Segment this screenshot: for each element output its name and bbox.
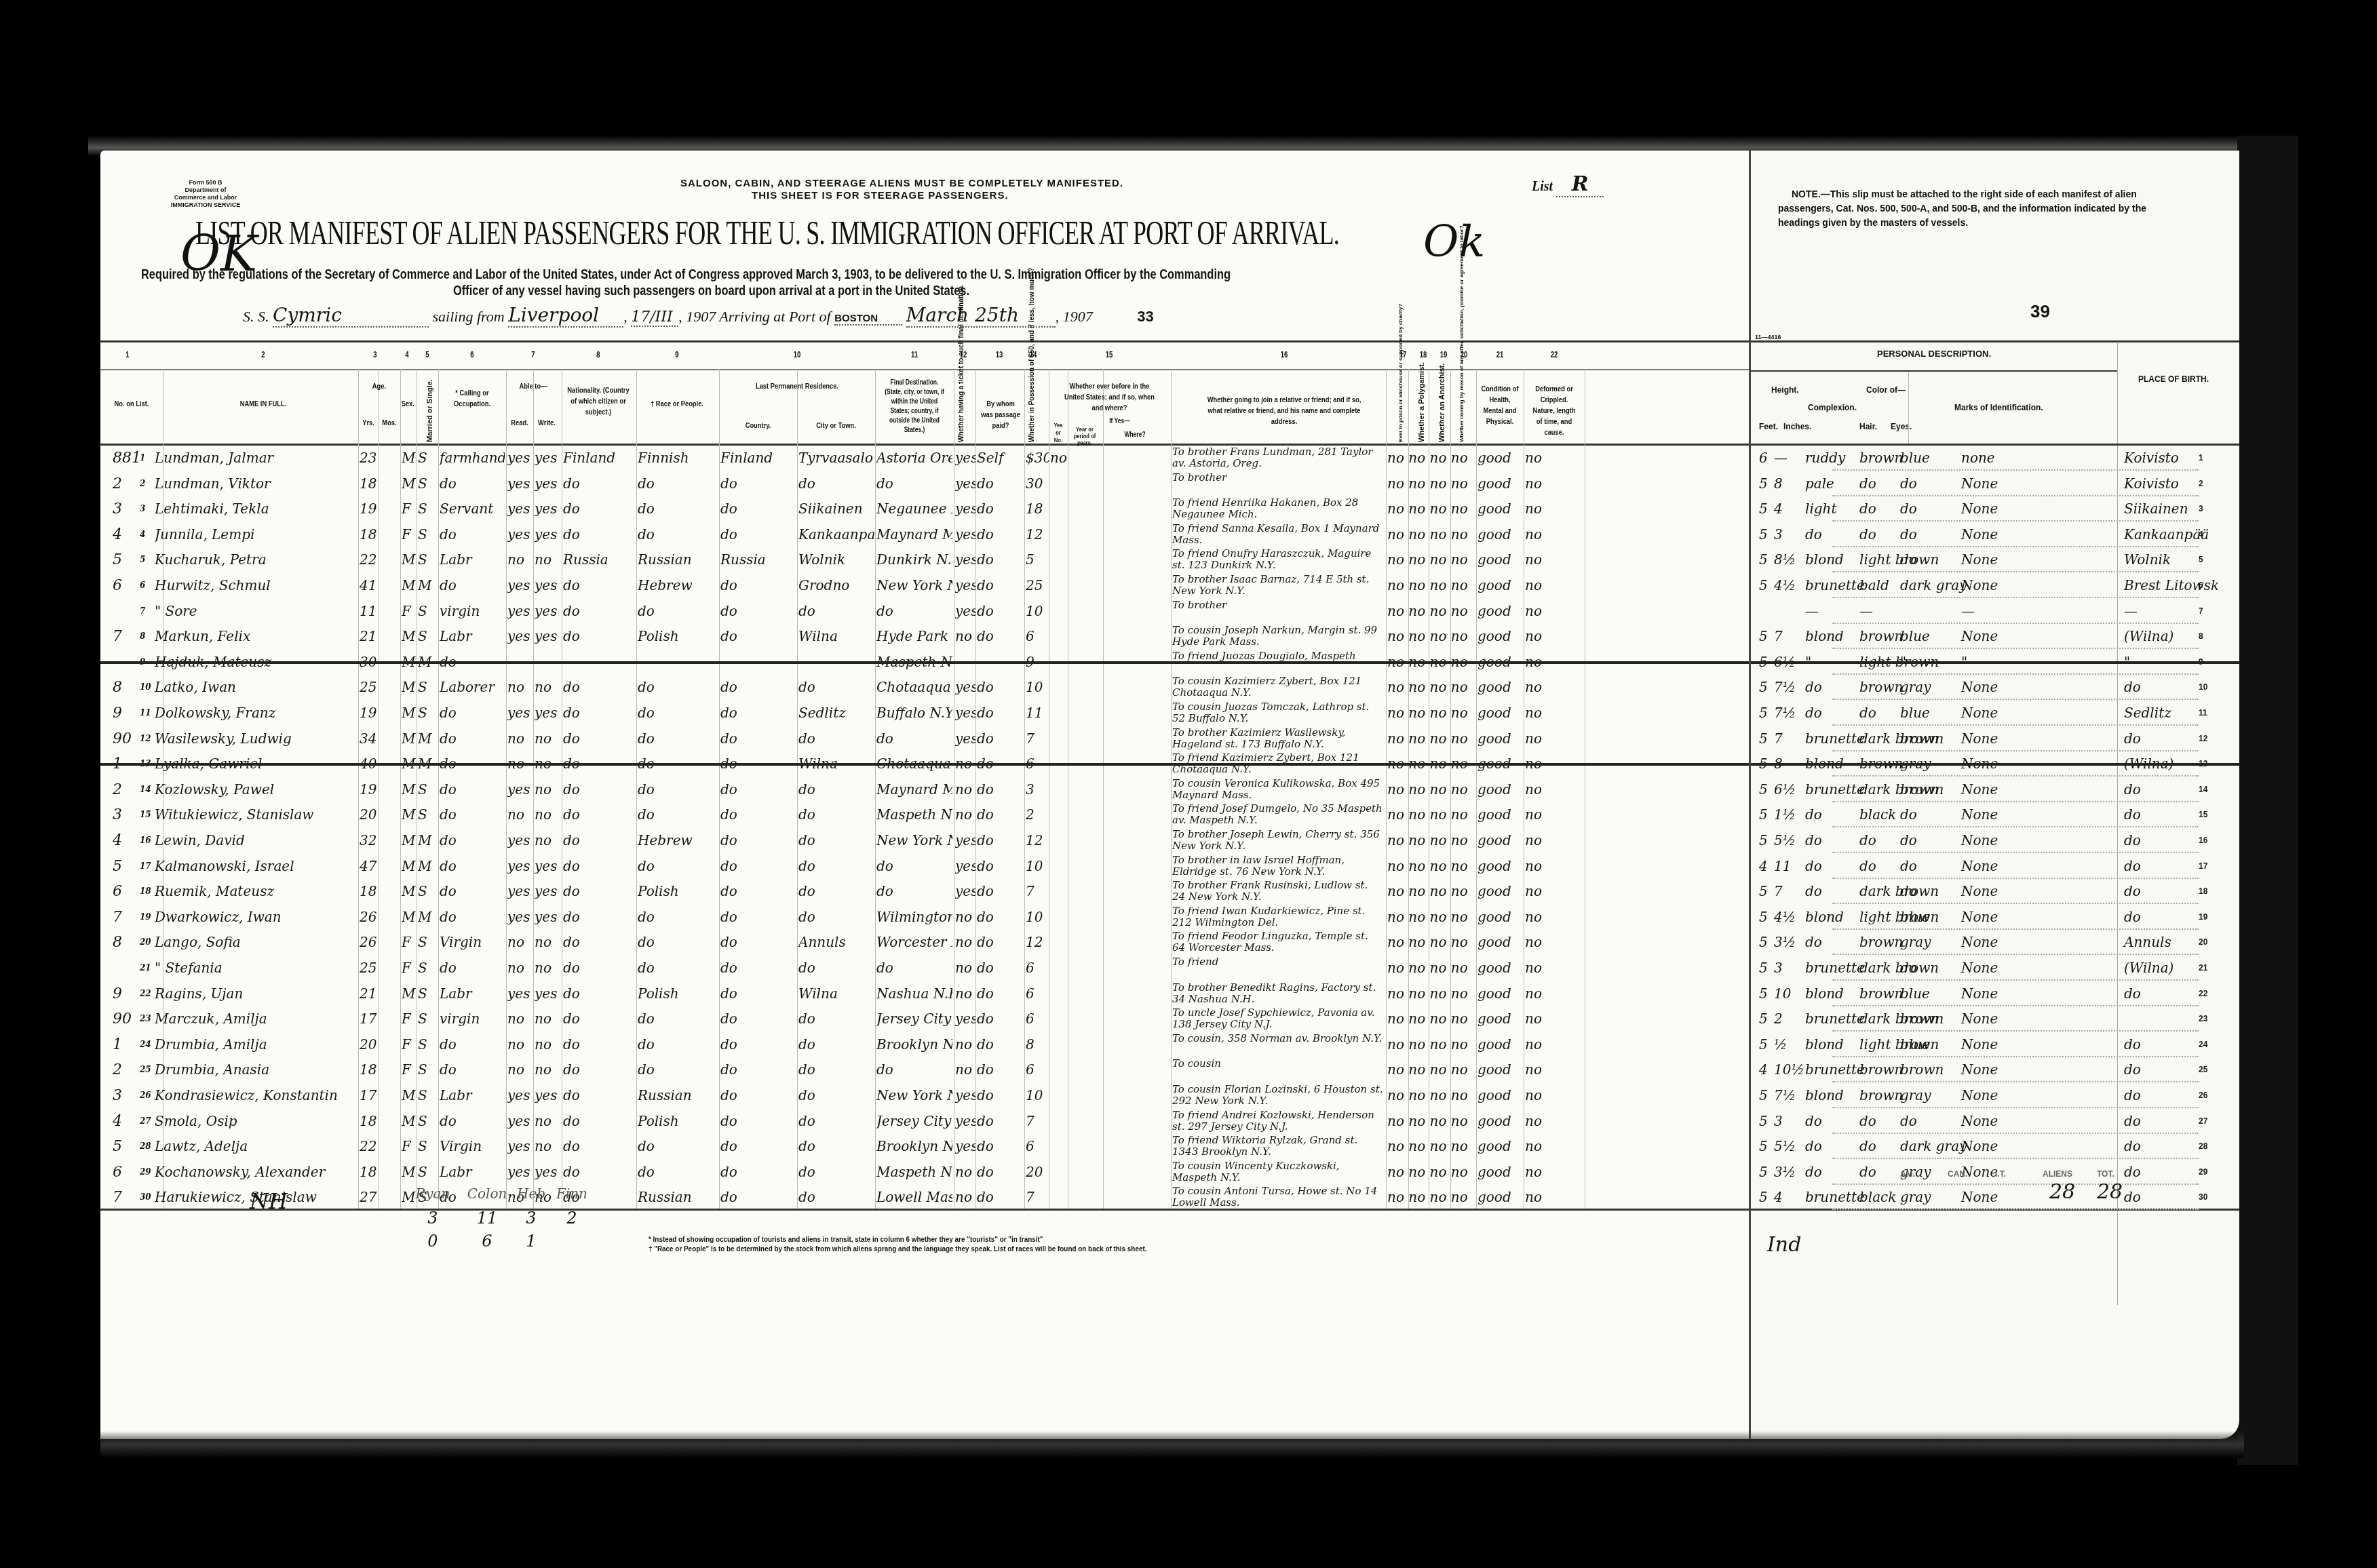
cell-marks: None <box>1961 472 2043 496</box>
cell-marks: None <box>1961 1007 2043 1031</box>
cell-money: 6 <box>1026 1135 1049 1158</box>
cell-relative: To friend Josef Dumgelo, No 35 Maspeth a… <box>1172 803 1384 826</box>
cell-ms: S <box>418 675 437 699</box>
cell-read: yes <box>507 701 533 725</box>
slip-line-number: 22 <box>2199 982 2207 1006</box>
cell-health: good <box>1477 829 1522 852</box>
dotted-rule <box>1832 826 2199 827</box>
cell-marks: None <box>1961 701 2043 725</box>
cell-race: Russian <box>638 1185 718 1209</box>
cell-dest: do <box>876 855 952 878</box>
cell-race: do <box>638 752 718 776</box>
line-number: 22 <box>140 982 151 1006</box>
cell-dest: Hyde Park Mass. <box>876 625 952 648</box>
cell-read: yes <box>507 497 533 521</box>
group-number: 9 <box>113 982 122 1006</box>
cell-country: do <box>720 727 796 751</box>
table-row: 21" Stefania25FSdononodododododonodo6To … <box>100 956 1749 980</box>
cell-birth: Koivisto <box>2124 472 2219 496</box>
cell-occ: do <box>440 905 505 929</box>
line-number: 11 <box>140 701 151 725</box>
cell-dest: Chotaaqua N.Y. <box>876 752 952 776</box>
cell-eyes: gray <box>1900 1084 1948 1108</box>
line-number: 7 <box>140 600 145 623</box>
cell-in: 7 <box>1774 880 1805 903</box>
cell-complexion: brunette <box>1805 1007 1859 1031</box>
slip-line-number: 2 <box>2199 472 2203 496</box>
cell-name: " Sore <box>155 600 345 623</box>
slip-line-number: 27 <box>2199 1110 2207 1133</box>
cell-occ: Labr <box>440 1084 505 1108</box>
cell-write: no <box>535 778 560 802</box>
cell-sex: M <box>402 778 417 802</box>
description-row: 58paledodoNoneKoivisto2 <box>1751 472 2239 496</box>
cell-ms: S <box>418 701 437 725</box>
slip-line-number: 21 <box>2199 956 2207 980</box>
cell-race: do <box>638 523 718 547</box>
dotted-rule <box>1832 648 2199 649</box>
cell-sex: F <box>402 497 417 521</box>
cell-complexion: do <box>1805 855 1859 878</box>
cell-answers: no no no no <box>1387 880 1475 903</box>
cell-eyes: do <box>1900 523 1948 547</box>
cell-read: yes <box>507 778 533 802</box>
cell-occ: do <box>440 829 505 852</box>
tally-labels: Ryan <box>412 1185 453 1202</box>
summary-aliens: ALIENS <box>2043 1169 2072 1179</box>
cell-dest: Nashua N.H. <box>876 982 952 1006</box>
cell-city: do <box>798 1058 874 1082</box>
cell-ms: S <box>418 446 437 470</box>
requirement-line-2: Officer of any vessel having such passen… <box>453 283 969 299</box>
cell-ft: 5 <box>1759 523 1774 547</box>
cell-paid: do <box>977 548 1023 572</box>
dotted-rule <box>1832 1107 2199 1108</box>
dotted-rule <box>1832 750 2199 751</box>
column-number: 16 <box>1279 350 1290 359</box>
description-row: 57blondbrownblueNone(Wilna)8 <box>1751 625 2239 648</box>
cell-complexion: do <box>1805 803 1859 827</box>
cell-paid: do <box>977 778 1023 802</box>
arriving-label: Arriving at Port of <box>719 308 830 325</box>
cell-paid: do <box>977 701 1023 725</box>
cell-answers: no no no no <box>1387 523 1475 547</box>
cell-occ: farmhand <box>440 446 505 470</box>
col-header-yes-no: Yes or No. <box>1051 422 1065 444</box>
cell-name: Lundman, Jalmar <box>155 446 345 470</box>
cell-deformed: no <box>1525 1160 1583 1184</box>
cell-dest: do <box>876 727 952 751</box>
cell-marks: None <box>1961 727 2043 751</box>
manifest-sheet: Form 500 B Department of Commerce and La… <box>100 151 1749 1439</box>
column-number: 4 <box>402 350 412 359</box>
cell-age: 25 <box>360 675 380 699</box>
cell-age: 19 <box>360 701 380 725</box>
cell-read: no <box>507 1033 533 1057</box>
slip-line-number: 11 <box>2199 701 2207 725</box>
cell-sex: M <box>402 446 417 470</box>
description-row: 54½brunettebalddark grayNoneBrest Litows… <box>1751 574 2239 597</box>
cell-name: Kozlowsky, Pawel <box>155 778 345 802</box>
cell-age: 34 <box>360 727 380 751</box>
cell-sex: M <box>402 982 417 1006</box>
col-header-polygamist: Whether a Polygamist. <box>1418 378 1426 442</box>
slip-page-number: 39 <box>2030 301 2050 322</box>
cell-dest: Jersey City N.J. <box>876 1007 952 1031</box>
cell-nat: do <box>563 1160 635 1184</box>
cell-ms: S <box>418 1033 437 1057</box>
cell-relative: To brother Benedikt Ragins, Factory st. … <box>1172 982 1384 1005</box>
cell-ticket: yes <box>955 727 975 751</box>
description-row: 6—ruddybrownbluenoneKoivisto1 <box>1751 446 2239 470</box>
cell-ft: 5 <box>1759 625 1774 648</box>
cell-in: 5½ <box>1774 829 1805 852</box>
cell-name: Kochanowsky, Alexander <box>155 1160 345 1184</box>
cell-birth: Siikainen <box>2124 497 2219 521</box>
cell-answers: no no no no <box>1387 1160 1475 1184</box>
cell-read: no <box>507 803 533 827</box>
cell-occ: do <box>440 803 505 827</box>
description-row: 53dododoNoneKankaanpää4 <box>1751 523 2239 547</box>
group-number: 881 <box>113 446 141 470</box>
cell-marks: None <box>1961 982 2043 1006</box>
cell-write: yes <box>535 701 560 725</box>
cell-name: Kalmanowski, Israel <box>155 855 345 878</box>
cell-race: Polish <box>638 982 718 1006</box>
cell-read: no <box>507 727 533 751</box>
cell-dest: Brooklyn N.Y. <box>876 1033 952 1057</box>
cell-ft: 5 <box>1759 1110 1774 1133</box>
cell-answers: no no no no <box>1387 1058 1475 1082</box>
cell-city: do <box>798 472 874 496</box>
column-number: 19 <box>1438 350 1449 359</box>
group-number: 90 <box>113 727 132 751</box>
summary-it: I.T. <box>1995 1169 2006 1179</box>
description-row: 52brunettedark brownbrownNone23 <box>1751 1007 2239 1031</box>
cell-occ: do <box>440 1110 505 1133</box>
cell-eyes: brown <box>1900 778 1948 802</box>
cell-paid: do <box>977 1110 1023 1133</box>
cell-write: no <box>535 930 560 954</box>
cell-eyes: do <box>1900 497 1948 521</box>
cell-race: Russian <box>638 1084 718 1108</box>
line-number: 17 <box>140 855 151 878</box>
group-number: 2 <box>113 778 122 802</box>
cell-age: 41 <box>360 574 380 597</box>
cell-relative: To brother Isaac Barnaz, 714 E 5th st. N… <box>1172 574 1384 597</box>
table-row: 78Markun, Felix21MSLabryesyesdoPolishdoW… <box>100 625 1749 648</box>
cell-deformed: no <box>1525 1033 1583 1057</box>
cell-answers: no no no no <box>1387 625 1475 648</box>
cell-write: no <box>535 829 560 852</box>
cell-health: good <box>1477 1135 1522 1158</box>
column-number: 6 <box>467 350 478 359</box>
arrival-year: 1907 <box>1063 308 1093 325</box>
column-number: 18 <box>1418 350 1429 359</box>
cell-marks: None <box>1961 778 2043 802</box>
cell-marks: None <box>1961 1110 2043 1133</box>
slip-rule-top <box>1751 340 2239 342</box>
cell-occ: Servant <box>440 497 505 521</box>
personal-description-slip: NOTE.—This slip must be attached to the … <box>1749 151 2239 1439</box>
cell-in: ½ <box>1774 1033 1805 1057</box>
col-header-age-mos: Mos. <box>380 418 398 429</box>
cell-money: 25 <box>1026 574 1049 597</box>
cell-country: do <box>720 1058 796 1082</box>
cell-health: good <box>1477 1033 1522 1057</box>
cell-ft: 5 <box>1759 574 1774 597</box>
cell-answers: no no no no <box>1387 829 1475 852</box>
cell-paid: do <box>977 752 1023 776</box>
col-header-money: Whether in Possession of $50, and if les… <box>1028 378 1036 442</box>
slip-line-number: 30 <box>2199 1185 2207 1209</box>
line-number: 10 <box>140 675 151 699</box>
col-header-final-destination: Final Destination. (State, city, or town… <box>881 378 948 435</box>
slip-line-number: 23 <box>2199 1007 2207 1031</box>
header-rule-bottom <box>100 444 1749 446</box>
cell-nat: do <box>563 855 635 878</box>
cell-health: good <box>1477 905 1522 929</box>
cell-paid: do <box>977 1185 1023 1209</box>
cell-in: 7½ <box>1774 1084 1805 1108</box>
cell-health: good <box>1477 600 1522 623</box>
cell-paid: do <box>977 855 1023 878</box>
cell-dest: Dunkirk N.Y. <box>876 548 952 572</box>
cell-eyes: gray <box>1900 930 1948 954</box>
cell-relative: To brother Joseph Lewin, Cherry st. 356 … <box>1172 829 1384 852</box>
cell-health: good <box>1477 1110 1522 1133</box>
dotted-rule <box>1832 903 2199 904</box>
cell-read: yes <box>507 829 533 852</box>
cell-ticket: yes <box>955 1007 975 1031</box>
slip-line-number: 4 <box>2199 523 2203 547</box>
table-row: 55Kucharuk, Petra22MSLabrnonoRussiaRussi… <box>100 548 1749 572</box>
cell-relative: To cousin, 358 Norman av. Brooklyn N.Y. <box>1172 1033 1384 1044</box>
cell-money: 6 <box>1026 956 1049 980</box>
cell-sex: F <box>402 1135 417 1158</box>
line-number: 23 <box>140 1007 151 1031</box>
cell-read: yes <box>507 600 533 623</box>
cell-occ: Labr <box>440 1160 505 1184</box>
cell-complexion: do <box>1805 930 1859 954</box>
cell-country: do <box>720 1185 796 1209</box>
department-name: Department of Commerce and Labor <box>168 187 243 201</box>
cell-city: Wilna <box>798 982 874 1006</box>
slip-note: NOTE.—This slip must be attached to the … <box>1778 187 2185 230</box>
cell-birth: Brest Litowsk <box>2124 574 2219 597</box>
footnote-race: † "Race or People" is to be determined b… <box>649 1245 1146 1253</box>
summary-can: CAN. <box>1948 1169 1967 1179</box>
cell-in: 4½ <box>1774 574 1805 597</box>
cell-marks: — <box>1961 600 2043 623</box>
cell-country: do <box>720 675 796 699</box>
cell-paid: do <box>977 930 1023 954</box>
cell-city: do <box>798 1007 874 1031</box>
table-row: 528Lawtz, Adelja22FSVirginyesnododododoB… <box>100 1135 1749 1158</box>
cell-health: good <box>1477 930 1522 954</box>
cell-dest: Brooklyn N.Y. <box>876 1135 952 1158</box>
col-header-age: Age. <box>362 381 398 392</box>
description-row: 57½blondbrowngrayNonedo26 <box>1751 1084 2239 1108</box>
cell-name: Dolkowsky, Franz <box>155 701 345 725</box>
initials-left: NH <box>250 1188 288 1214</box>
cell-eyes: blue <box>1900 625 1948 648</box>
dotted-rule <box>1832 1056 2199 1057</box>
slip-line-number: 25 <box>2199 1058 2207 1082</box>
cell-age: 26 <box>360 905 380 929</box>
list-label: List R <box>1532 172 1604 197</box>
cell-nat: Russia <box>563 548 635 572</box>
cell-city: Wolnik <box>798 548 874 572</box>
cell-health: good <box>1477 497 1522 521</box>
description-row: 56½"light brown"""9 <box>1751 650 2239 674</box>
cell-relative: To brother <box>1172 472 1384 484</box>
dotted-rule <box>1832 1158 2199 1159</box>
cell-money: 9 <box>1026 650 1049 674</box>
cell-sex: M <box>402 727 417 751</box>
cell-sex: F <box>402 1033 417 1057</box>
cell-age: 18 <box>360 523 380 547</box>
column-number: 8 <box>593 350 604 359</box>
cell-country: do <box>720 701 796 725</box>
cell-eyes: do <box>1900 548 1948 572</box>
cell-write: yes <box>535 855 560 878</box>
cell-age: 19 <box>360 497 380 521</box>
cell-country: do <box>720 1135 796 1158</box>
cell-ms: S <box>418 778 437 802</box>
cell-age: 17 <box>360 1084 380 1108</box>
cell-occ: do <box>440 650 505 674</box>
cell-relative: To cousin Kazimierz Zybert, Box 121 Chot… <box>1172 675 1384 699</box>
cell-eyes: brown <box>1900 1058 1948 1082</box>
cell-name: Marczuk, Amilja <box>155 1007 345 1031</box>
cell-in: 11 <box>1774 855 1805 878</box>
cell-in: 2 <box>1774 1007 1805 1031</box>
cell-money: 10 <box>1026 600 1049 623</box>
cell-deformed: no <box>1525 1110 1583 1133</box>
cell-ft: 5 <box>1759 905 1774 929</box>
cell-ft: 5 <box>1759 752 1774 776</box>
group-number: 90 <box>113 1007 132 1031</box>
group-number: 3 <box>113 1084 122 1108</box>
cell-hair: — <box>1859 600 1907 623</box>
slip-line-number: 14 <box>2199 778 2207 802</box>
cell-sex: M <box>402 803 417 827</box>
description-row: 410½brunettebrownbrownNonedo25 <box>1751 1058 2239 1082</box>
cell-paid: do <box>977 803 1023 827</box>
form-number: Form 500 B <box>168 179 243 187</box>
cell-ft: 5 <box>1759 829 1774 852</box>
cell-nat: do <box>563 1110 635 1133</box>
cell-in: 3 <box>1774 956 1805 980</box>
cell-paid: do <box>977 523 1023 547</box>
cell-money: 6 <box>1026 752 1049 776</box>
cell-ft: 5 <box>1759 1135 1774 1158</box>
column-number: 15 <box>1104 350 1115 359</box>
cell-occ: do <box>440 880 505 903</box>
cell-eyes: blue <box>1900 982 1948 1006</box>
cell-city: do <box>798 1185 874 1209</box>
cell-paid: do <box>977 905 1023 929</box>
cell-write: yes <box>535 497 560 521</box>
cell-age: 18 <box>360 1160 380 1184</box>
cell-money: 7 <box>1026 1110 1049 1133</box>
slip-line-number: 26 <box>2199 1084 2207 1108</box>
feet-label: Feet. <box>1759 422 1778 431</box>
cell-ms: S <box>418 600 437 623</box>
cell-occ: Labr <box>440 625 505 648</box>
cell-complexion: blond <box>1805 905 1859 929</box>
cell-money: 10 <box>1026 1084 1049 1108</box>
cell-money: 11 <box>1026 701 1049 725</box>
cell-city: do <box>798 829 874 852</box>
cell-paid: do <box>977 880 1023 903</box>
cell-occ: do <box>440 855 505 878</box>
cell-money: 10 <box>1026 905 1049 929</box>
ok-mark-right: Ok <box>1423 217 1485 267</box>
col-header-relative-friend: Whether going to join a relative or frie… <box>1201 395 1368 427</box>
cell-complexion: brunette <box>1805 778 1859 802</box>
cell-nat: do <box>563 829 635 852</box>
cell-ticket: yes <box>955 1084 975 1108</box>
tally-labels: Colon <box>467 1185 507 1202</box>
cell-ft: 5 <box>1759 880 1774 903</box>
cell-health: good <box>1477 778 1522 802</box>
cell-read: yes <box>507 472 533 496</box>
line-number: 2 <box>140 472 145 496</box>
cell-money: 6 <box>1026 1007 1049 1031</box>
cell-relative: To friend Kazimierz Zybert, Box 121 Chot… <box>1172 752 1384 775</box>
column-number: 3 <box>370 350 381 359</box>
cell-nat: do <box>563 956 635 980</box>
cell-ticket: no <box>955 778 975 802</box>
description-row: 510blondbrownblueNonedo22 <box>1751 982 2239 1006</box>
cell-city: do <box>798 778 874 802</box>
summary-am: AM. <box>1900 1169 1915 1179</box>
column-number: 10 <box>792 350 803 359</box>
dotted-rule <box>1832 469 2199 471</box>
description-row: 58blondbrowngrayNone(Wilna)13 <box>1751 752 2239 776</box>
cell-country: do <box>720 472 796 496</box>
description-row: 57dodark browndoNonedo18 <box>1751 880 2239 903</box>
cell-in: 4½ <box>1774 905 1805 929</box>
cell-ticket: no <box>955 625 975 648</box>
cell-read: yes <box>507 880 533 903</box>
cell-age: 22 <box>360 548 380 572</box>
cell-money: 7 <box>1026 1185 1049 1209</box>
cell-race: Hebrew <box>638 574 718 597</box>
cell-race: Russian <box>638 548 718 572</box>
slip-line-number: 5 <box>2199 548 2203 572</box>
cell-age: 20 <box>360 1033 380 1057</box>
slip-line-number: 8 <box>2199 625 2203 648</box>
cell-name: Kucharuk, Petra <box>155 548 345 572</box>
dotted-rule <box>1832 775 2199 777</box>
table-row: 730Harukiewicz, Stanislaw27MSdononodoRus… <box>100 1185 1749 1209</box>
table-row: 517Kalmanowski, Israel47MMdoyesyesdododo… <box>100 855 1749 878</box>
cell-eyes: dark gray <box>1900 1135 1948 1158</box>
cell-health: good <box>1477 625 1522 648</box>
description-row: 54brunetteblackgrayNonedo30 <box>1751 1185 2239 1209</box>
cell-sex: M <box>402 1160 417 1184</box>
cell-answers: no no no no <box>1387 1007 1475 1031</box>
description-row: 57brunettedark brownbrownNonedo12 <box>1751 727 2239 751</box>
cell-read: yes <box>507 1110 533 1133</box>
table-row: 7" Sore11FSvirginyesyesdododododoyesdo10… <box>100 600 1749 623</box>
cell-relative: To cousin Wincenty Kuczkowski, Maspeth N… <box>1172 1160 1384 1183</box>
cell-age: 21 <box>360 982 380 1006</box>
dotted-rule <box>1832 1183 2199 1185</box>
